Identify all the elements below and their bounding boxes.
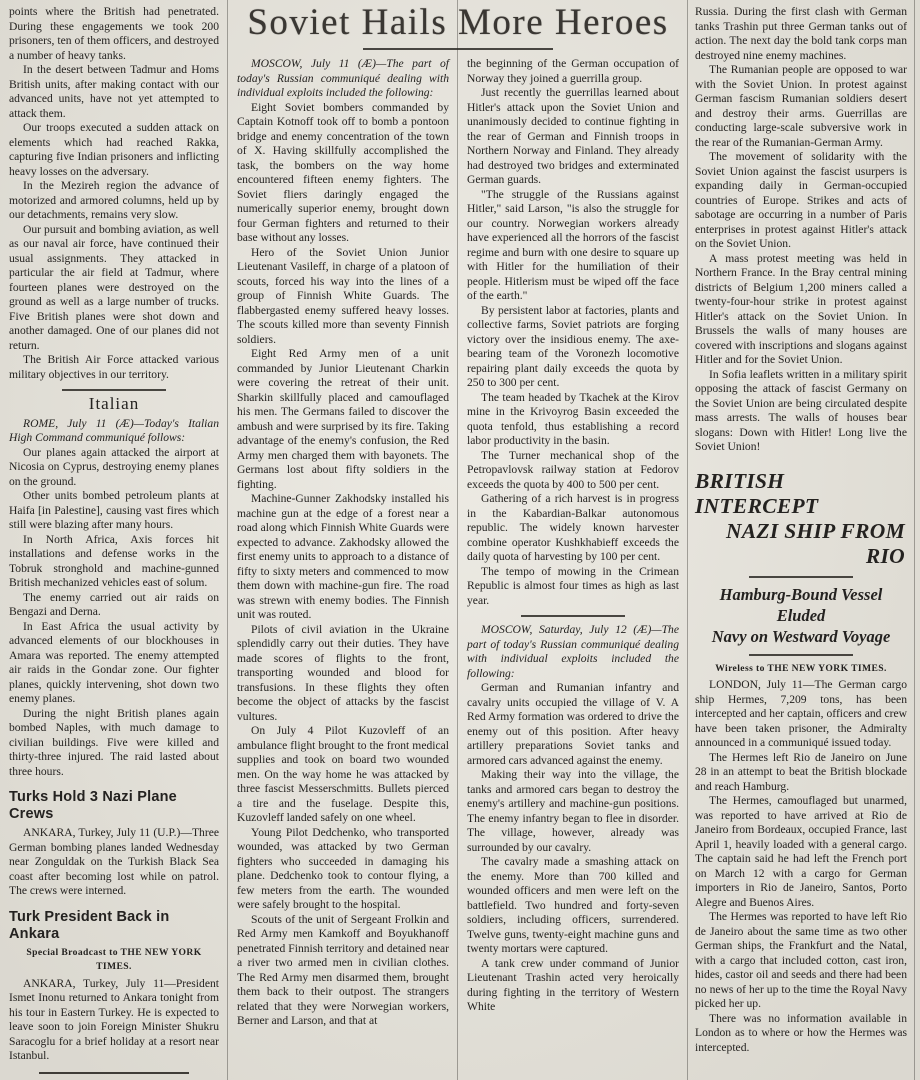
column-divider (457, 0, 458, 1080)
rio-deck-line1: Hamburg-Bound Vessel Eluded (720, 585, 883, 625)
body-paragraph: In North Africa, Axis forces hit install… (9, 533, 219, 591)
body-paragraph: Russia. During the first clash with Germ… (695, 5, 907, 63)
body-paragraph: Young Pilot Dedchenko, who transported w… (237, 826, 449, 913)
section-rule (521, 615, 625, 617)
body-paragraph: The British Air Force attacked various m… (9, 353, 219, 382)
body-paragraph: the beginning of the German occupation o… (467, 57, 679, 86)
rio-deck: Hamburg-Bound Vessel Eluded Navy on West… (695, 584, 907, 647)
body-paragraph: Our troops executed a sudden attack on e… (9, 121, 219, 179)
rio-deck-line2: Navy on Westward Voyage (712, 627, 891, 646)
body-paragraph: On July 4 Pilot Kuzovleff of an ambulanc… (237, 724, 449, 826)
body-paragraph: Gathering of a rich harvest is in progre… (467, 492, 679, 565)
rio-rule-1 (749, 576, 853, 578)
rio-headline-line1: BRITISH INTERCEPT (695, 469, 818, 518)
body-paragraph: ANKARA, Turkey, July 11—President Ismet … (9, 977, 219, 1064)
column-divider (227, 0, 228, 1080)
dateline-paragraph: ROME, July 11 (Æ)—Today's Italian High C… (9, 417, 219, 446)
credit-line: Special Broadcast to THE NEW YORK TIMES. (9, 946, 219, 975)
body-paragraph: The Hermes left Rio de Janeiro on June 2… (695, 751, 907, 795)
body-paragraph: The cavalry made a smashing attack on th… (467, 855, 679, 957)
body-paragraph: The team headed by Tkachek at the Kirov … (467, 391, 679, 449)
main-headline: Soviet Hails More Heroes (228, 2, 688, 44)
body-paragraph: The Rumanian people are opposed to war w… (695, 63, 907, 150)
body-paragraph: The Hermes was reported to have left Rio… (695, 910, 907, 1012)
column-3: the beginning of the German occupation o… (467, 57, 679, 1015)
section-rule (62, 389, 166, 391)
body-paragraph: Eight Red Army men of a unit commanded b… (237, 347, 449, 492)
body-paragraph: During the night British planes again bo… (9, 707, 219, 780)
dateline-paragraph: MOSCOW, Saturday, July 12 (Æ)—The part o… (467, 623, 679, 681)
section-heading-italian: Italian (9, 397, 219, 412)
dateline-paragraph: MOSCOW, July 11 (Æ)—The part of today's … (237, 57, 449, 101)
story-headline-turks: Turks Hold 3 Nazi Plane Crews (9, 789, 219, 823)
column-4: Russia. During the first clash with Germ… (695, 5, 907, 1055)
body-paragraph: In the desert between Tadmur and Homs Br… (9, 63, 219, 121)
body-paragraph: The Turner mechanical shop of the Petrop… (467, 449, 679, 493)
body-paragraph: Machine-Gunner Zakhodsky installed his m… (237, 492, 449, 623)
end-rule (39, 1072, 189, 1074)
newspaper-page: Soviet Hails More Heroes points where th… (0, 0, 920, 1080)
column-2: MOSCOW, July 11 (Æ)—The part of today's … (237, 57, 449, 1029)
body-paragraph: Our planes again attacked the airport at… (9, 446, 219, 490)
body-paragraph: German and Rumanian infantry and cavalry… (467, 681, 679, 768)
column-1: points where the British had penetrated.… (9, 5, 219, 1074)
rio-rule-2 (749, 654, 853, 656)
body-paragraph: points where the British had penetrated.… (9, 5, 219, 63)
body-paragraph: The tempo of mowing in the Crimean Repub… (467, 565, 679, 609)
headline-rule (363, 48, 553, 50)
body-paragraph: Other units bombed petroleum plants at H… (9, 489, 219, 533)
body-paragraph: There was no information available in Lo… (695, 1012, 907, 1056)
story-headline-president: Turk President Back in Ankara (9, 909, 219, 943)
credit-line: Wireless to THE NEW YORK TIMES. (695, 662, 907, 677)
body-paragraph: Just recently the guerrillas learned abo… (467, 86, 679, 188)
rio-headline-line2: NAZI SHIP FROM RIO (695, 519, 907, 569)
rio-headline: BRITISH INTERCEPT NAZI SHIP FROM RIO (695, 469, 907, 569)
body-paragraph: A tank crew under command of Junior Lieu… (467, 957, 679, 1015)
body-paragraph: By persistent labor at factories, plants… (467, 304, 679, 391)
body-paragraph: Eight Soviet bombers commanded by Captai… (237, 101, 449, 246)
body-paragraph: In the Mezireh region the advance of mot… (9, 179, 219, 223)
page-edge-rule (914, 0, 915, 1080)
column-divider (687, 0, 688, 1080)
body-paragraph: In East Africa the usual activity by adv… (9, 620, 219, 707)
body-paragraph: The movement of solidarity with the Sovi… (695, 150, 907, 252)
body-paragraph: In Sofia leaflets written in a military … (695, 368, 907, 455)
main-headline-block: Soviet Hails More Heroes (228, 0, 688, 56)
body-paragraph: Pilots of civil aviation in the Ukraine … (237, 623, 449, 725)
body-paragraph: The Hermes, camouflaged but unarmed, was… (695, 794, 907, 910)
body-paragraph: Making their way into the village, the t… (467, 768, 679, 855)
body-paragraph: Hero of the Soviet Union Junior Lieutena… (237, 246, 449, 348)
body-paragraph: A mass protest meeting was held in North… (695, 252, 907, 368)
body-paragraph: Our pursuit and bombing aviation, as wel… (9, 223, 219, 354)
body-paragraph: Scouts of the unit of Sergeant Frolkin a… (237, 913, 449, 1029)
body-paragraph: ANKARA, Turkey, July 11 (U.P.)—Three Ger… (9, 826, 219, 899)
body-paragraph: "The struggle of the Russians against Hi… (467, 188, 679, 304)
body-paragraph: LONDON, July 11—The German cargo ship He… (695, 678, 907, 751)
body-paragraph: The enemy carried out air raids on Benga… (9, 591, 219, 620)
